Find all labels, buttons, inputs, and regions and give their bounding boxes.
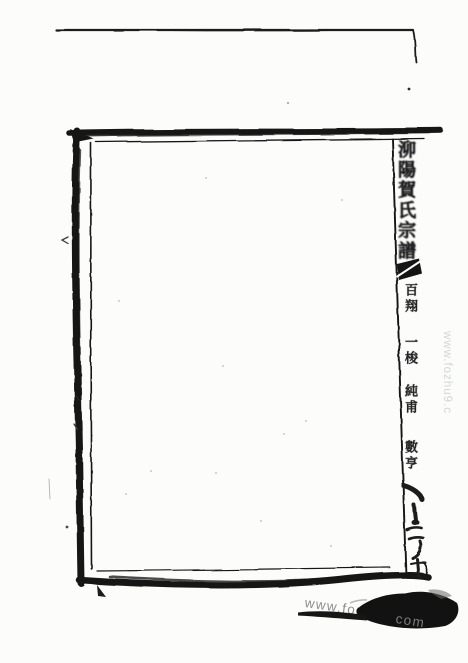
bottom-ink-smear xyxy=(0,0,468,663)
scanned-genealogy-page: { "page": { "background_color": "#fcfcfa… xyxy=(0,0,468,663)
